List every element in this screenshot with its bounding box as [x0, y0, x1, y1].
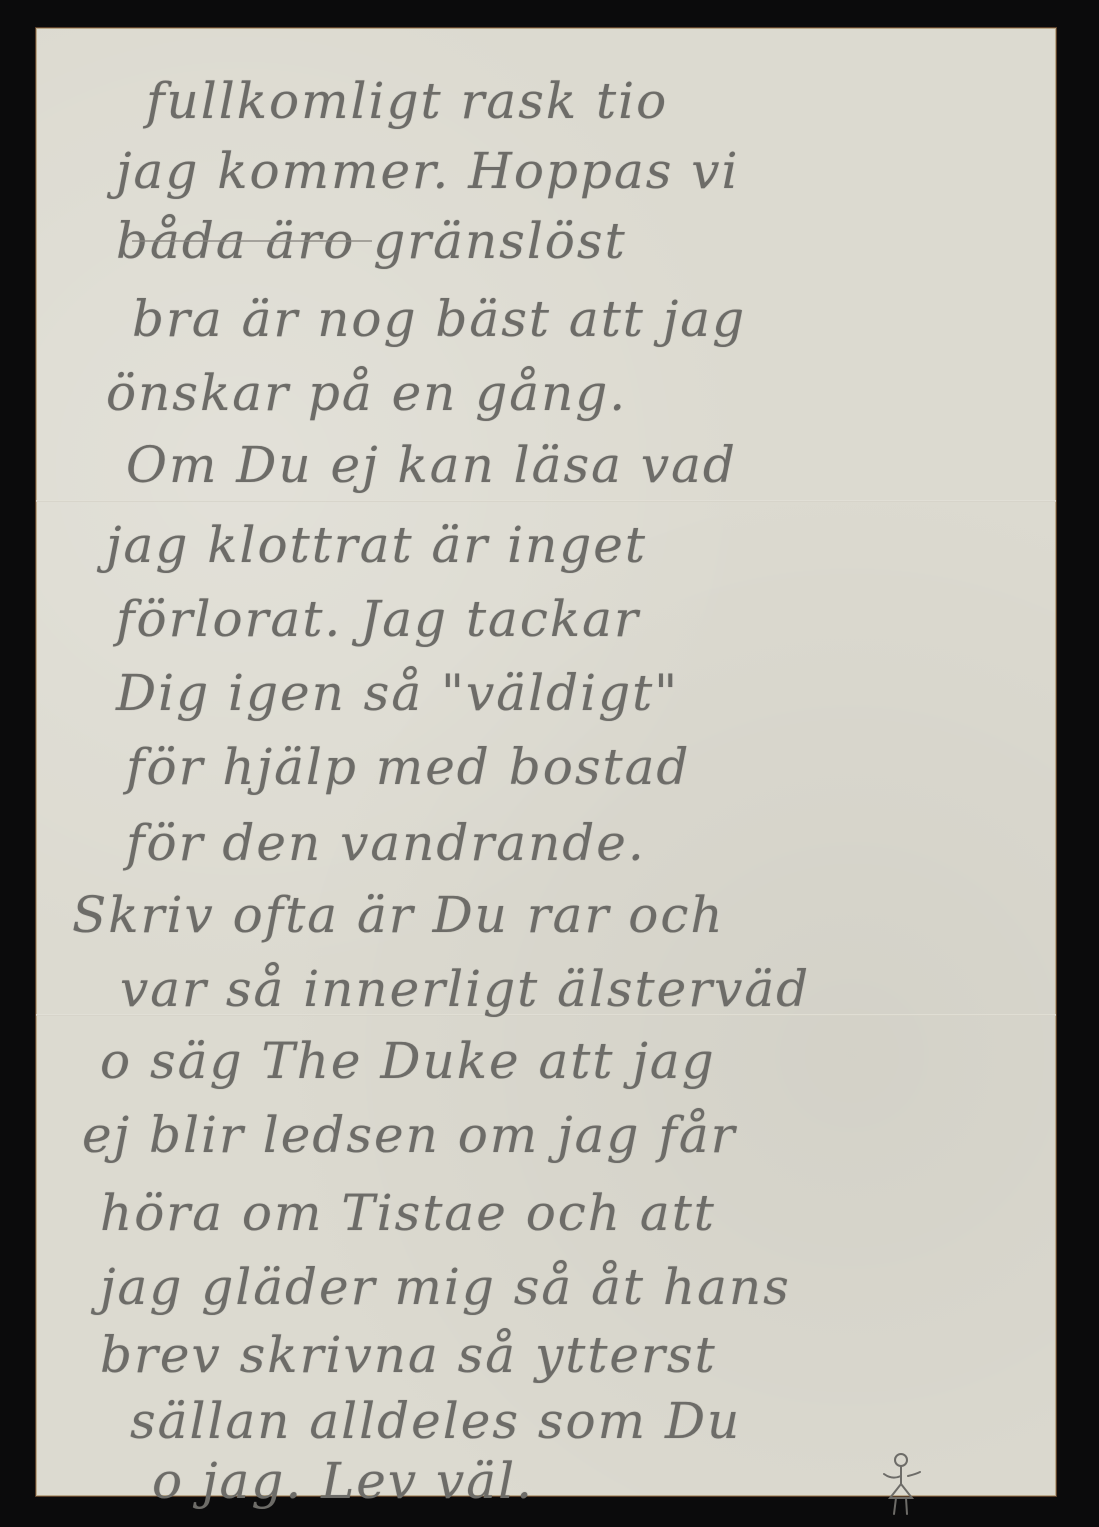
handwritten-text: fullkomligt rask tio jag kommer. Hoppas … — [36, 28, 1056, 1496]
text-line: o jag. Lev väl. — [152, 1456, 534, 1506]
text-line: ej blir ledsen om jag får — [82, 1110, 737, 1160]
text-line: jag kommer. Hoppas vi — [116, 146, 740, 196]
text-line: jag klottrat är inget — [106, 520, 647, 570]
text-line: var så innerligt älsterväd — [120, 964, 810, 1014]
text-line: bra är nog bäst att jag — [132, 294, 746, 344]
stick-figure-signature-icon — [876, 1448, 926, 1520]
letter-page: fullkomligt rask tio jag kommer. Hoppas … — [36, 28, 1056, 1496]
text-line: för hjälp med bostad — [126, 742, 690, 792]
text-line: brev skrivna så ytterst — [100, 1330, 717, 1380]
text-line: jag gläder mig så åt hans — [100, 1262, 791, 1312]
text-line: o säg The Duke att jag — [100, 1036, 716, 1086]
text-line: önskar på en gång. — [106, 368, 627, 418]
text-line: för den vandrande. — [126, 818, 646, 868]
text-line: Skriv ofta är Du rar och — [72, 890, 725, 940]
text-line: Dig igen så "väldigt" — [116, 668, 679, 718]
underline-bada — [132, 240, 372, 242]
text-line: Om Du ej kan läsa vad — [126, 440, 737, 490]
text-line: fullkomligt rask tio — [146, 76, 668, 126]
text-line: höra om Tistae och att — [100, 1188, 716, 1238]
text-line: sällan alldeles som Du — [130, 1396, 741, 1446]
text-line: förlorat. Jag tackar — [116, 594, 640, 644]
